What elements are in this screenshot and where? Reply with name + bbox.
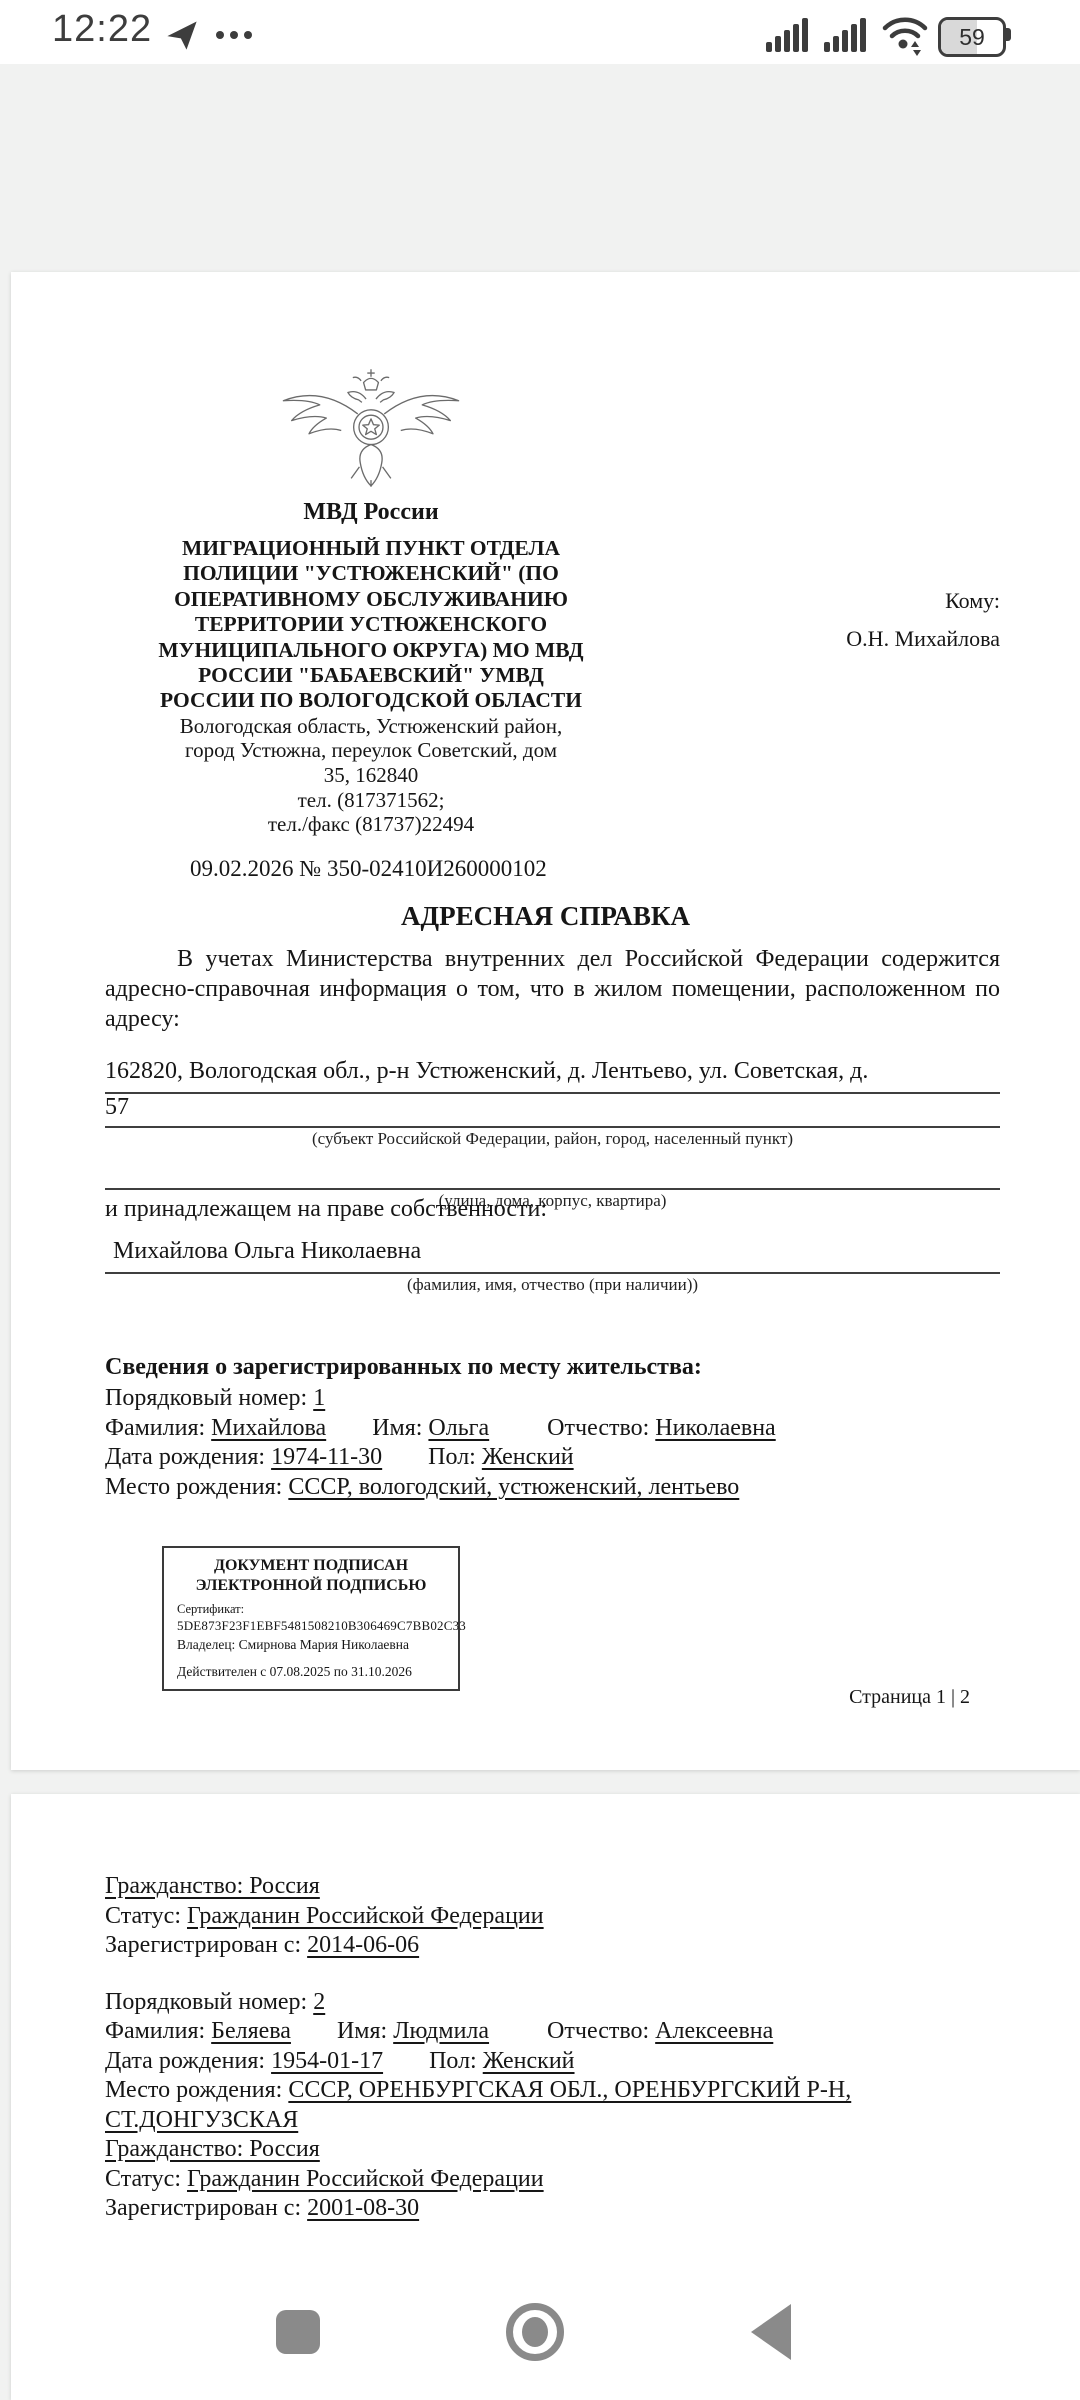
citizenship-line: Гражданство: Россия: [105, 1872, 1000, 1902]
certificate-label: Сертификат:: [177, 1601, 445, 1617]
status-line: Статус: Гражданин Российской Федерации: [105, 2165, 1000, 2195]
certificate-value: 5DE873F23F1EBF5481508210B306469C7BB02C33: [177, 1617, 445, 1634]
recipient-label: Кому:: [846, 582, 1000, 620]
birthdate-line: Дата рождения: 1954-01-17 Пол: Женский: [105, 2047, 1000, 2077]
battery-percent: 59: [941, 20, 1003, 54]
sim1-signal-icon: [766, 18, 812, 57]
certificate-validity: Действителен с 07.08.2025 по 31.10.2026: [177, 1664, 445, 1680]
document-title: АДРЕСНАЯ СПРАВКА: [91, 901, 1000, 932]
status-line: Статус: Гражданин Российской Федерации: [105, 1902, 1000, 1932]
registered-section-title: Сведения о зарегистрированных по месту ж…: [105, 1354, 702, 1381]
stamp-title: ДОКУМЕНТ ПОДПИСАН ЭЛЕКТРОННОЙ ПОДПИСЬЮ: [177, 1556, 445, 1596]
home-icon: [522, 2317, 548, 2347]
recipient-name: О.Н. Михайлова: [846, 620, 1000, 658]
address-blank-line: [105, 1162, 1000, 1190]
more-notifications-icon: [216, 31, 252, 39]
letterhead-block: МВД России МИГРАЦИОННЫЙ ПУНКТ ОТДЕЛА ПОЛ…: [91, 272, 651, 837]
ownership-intro: и принадлежащем на праве собственности:: [105, 1196, 547, 1223]
owner-form-block: Михайлова Ольга Николаевна (фамилия, имя…: [105, 1238, 1000, 1296]
wifi-icon: [882, 14, 928, 63]
page-indicator: Страница 1 | 2: [849, 1686, 970, 1709]
birthdate-line: Дата рождения: 1974-11-30 Пол: Женский: [105, 1443, 1000, 1473]
org-full-name: МИГРАЦИОННЫЙ ПУНКТ ОТДЕЛА ПОЛИЦИИ "УСТЮЖ…: [91, 536, 651, 714]
back-button[interactable]: [751, 2304, 791, 2360]
registered-line: Зарегистрирован с: 2014-06-06: [105, 1931, 1000, 1961]
clock: 12:22: [52, 8, 152, 51]
page2-records: Гражданство: Россия Статус: Гражданин Ро…: [105, 1872, 1000, 2224]
ordinal-line: Порядковый номер: 1: [105, 1384, 1000, 1414]
status-bar: 12:22: [0, 0, 1080, 64]
phone-screen: 12:22: [0, 0, 1080, 2400]
ordinal-line: Порядковый номер: 2: [105, 1988, 1000, 2018]
certificate-owner: Владелец: Смирнова Мария Николаевна: [177, 1636, 445, 1653]
citizenship-line: Гражданство: Россия: [105, 2135, 1000, 2165]
owner-name: Михайлова Ольга Николаевна: [105, 1238, 1000, 1274]
mvd-emblem-icon: [91, 366, 651, 495]
person1-record: Порядковый номер: 1 Фамилия: Михайлова И…: [105, 1384, 1000, 1502]
document-page-1[interactable]: МВД России МИГРАЦИОННЫЙ ПУНКТ ОТДЕЛА ПОЛ…: [11, 272, 1080, 1770]
address-caption-1: (субъект Российской Федерации, район, го…: [105, 1128, 1000, 1150]
registered-line: Зарегистрирован с: 2001-08-30: [105, 2194, 1000, 2224]
recents-button[interactable]: [276, 2310, 320, 2354]
send-notification-icon: [164, 17, 200, 58]
battery-icon: 59: [938, 17, 1006, 57]
signature-stamp: ДОКУМЕНТ ПОДПИСАН ЭЛЕКТРОННОЙ ПОДПИСЬЮ С…: [162, 1546, 460, 1691]
birthplace-line: Место рождения: СССР, вологодский, устюж…: [105, 1473, 1000, 1503]
sim2-signal-icon: [824, 18, 870, 57]
owner-caption: (фамилия, имя, отчество (при наличии)): [105, 1274, 1000, 1296]
org-address: Вологодская область, Устюженский район, …: [91, 714, 651, 837]
fio-line: Фамилия: Беляева Имя: Людмила Отчество: …: [105, 2017, 1000, 2047]
address-value-line1: 162820, Вологодская обл., р-н Устюженски…: [105, 1058, 1000, 1094]
fio-line: Фамилия: Михайлова Имя: Ольга Отчество: …: [105, 1414, 1000, 1444]
address-value-line2: 57: [105, 1094, 1000, 1128]
document-number: 09.02.2026 № 350-02410И260000102: [190, 856, 547, 882]
recipient-block: Кому: О.Н. Михайлова: [846, 582, 1000, 658]
battery-nub: [1006, 28, 1011, 41]
birthplace-line: Место рождения: СССР, ОРЕНБУРГСКАЯ ОБЛ.,…: [105, 2076, 1000, 2135]
intro-paragraph: В учетах Министерства внутренних дел Рос…: [105, 944, 1000, 1034]
org-short-name: МВД России: [91, 499, 651, 526]
address-form-block: 162820, Вологодская обл., р-н Устюженски…: [105, 1058, 1000, 1212]
home-button[interactable]: [506, 2303, 564, 2361]
